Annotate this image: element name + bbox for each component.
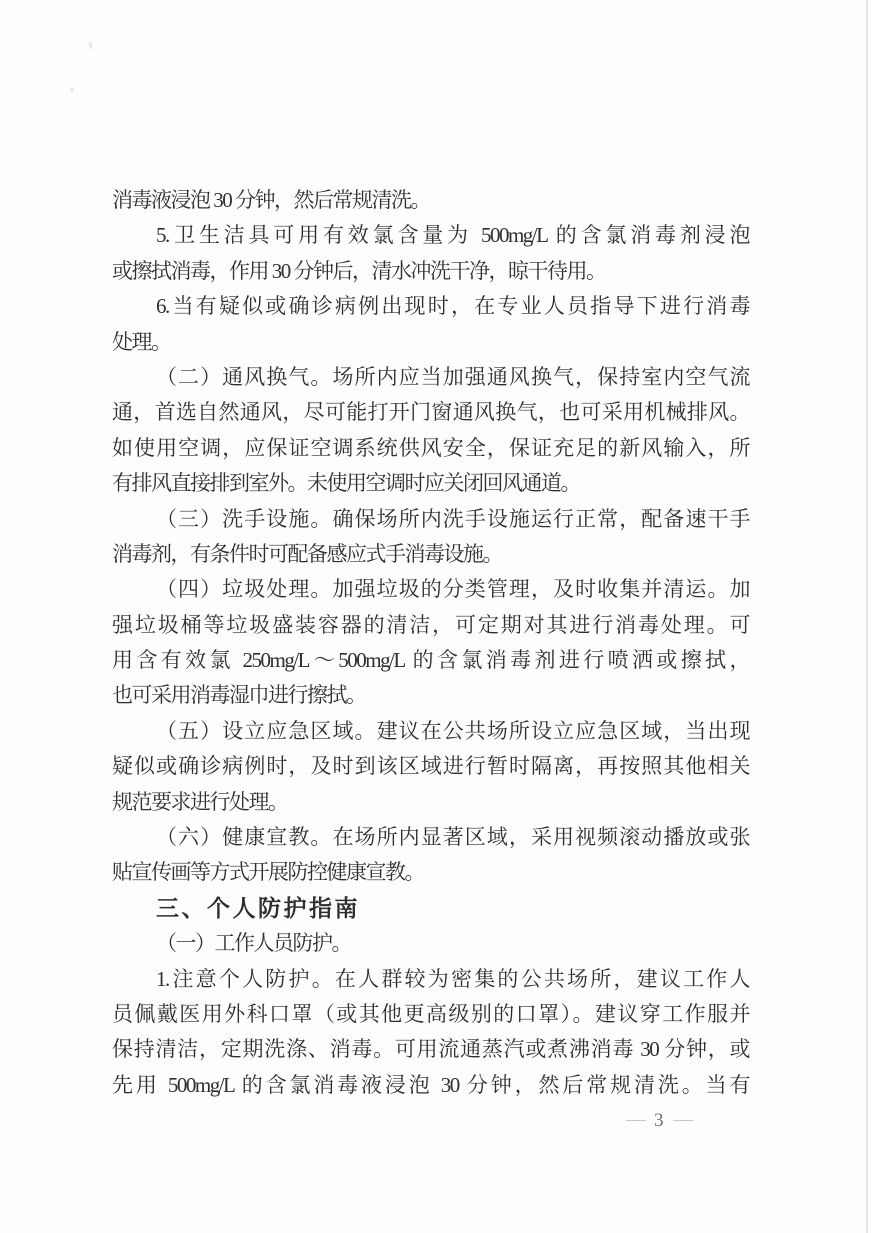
text-line: 1.注意个人防护。在人群较为密集的公共场所，建议工作人 [112, 962, 749, 997]
text-line: 贴宣传画等方式开展防控健康宣教。 [112, 855, 749, 890]
text-line: （六）健康宣教。在场所内显著区域，采用视频滚动播放或张 [112, 820, 749, 855]
text-line: 员佩戴医用外科口罩（或其他更高级别的口罩）。建议穿工作服并 [112, 997, 749, 1032]
text-line: 用含有效氯 250mg/L～500mg/L 的含氯消毒剂进行喷洒或擦拭， [112, 643, 749, 678]
section-heading: 三、个人防护指南 [112, 891, 749, 926]
text-line: （三）洗手设施。确保场所内洗手设施运行正常，配备速干手 [112, 502, 749, 537]
scan-artifact [70, 87, 74, 92]
page-number: —— 3 —— [626, 1110, 692, 1132]
text-line: 或擦拭消毒，作用 30 分钟后，清水冲洗干净，晾干待用。 [112, 254, 749, 289]
text-line: （五）设立应急区域。建议在公共场所设立应急区域，当出现 [112, 714, 749, 749]
text-line: 通，首选自然通风，尽可能打开门窗通风换气，也可采用机械排风。 [112, 395, 749, 430]
text-line: 先用 500mg/L 的含氯消毒液浸泡 30 分钟，然后常规清洗。当有 [112, 1068, 749, 1103]
text-line: 有排风直接排到室外。未使用空调时应关闭回风通道。 [112, 466, 749, 501]
text-block: 消毒液浸泡 30 分钟，然后常规清洗。5.卫生洁具可用有效氯含量为 500mg/… [112, 183, 749, 1103]
scanner-edge-line [866, 0, 868, 1233]
scan-artifact [89, 42, 92, 49]
text-line: （四）垃圾处理。加强垃圾的分类管理，及时收集并清运。加 [112, 572, 749, 607]
text-line: 疑似或确诊病例时，及时到该区域进行暂时隔离，再按照其他相关 [112, 749, 749, 784]
text-line: 消毒液浸泡 30 分钟，然后常规清洗。 [112, 183, 749, 218]
text-line: 5.卫生洁具可用有效氯含量为 500mg/L 的含氯消毒剂浸泡 [112, 218, 749, 253]
text-line: 处理。 [112, 325, 749, 360]
text-line: 6.当有疑似或确诊病例出现时，在专业人员指导下进行消毒 [112, 289, 749, 324]
text-line: （二）通风换气。场所内应当加强通风换气，保持室内空气流 [112, 360, 749, 395]
text-line: 如使用空调，应保证空调系统供风安全，保证充足的新风输入，所 [112, 431, 749, 466]
text-line: 规范要求进行处理。 [112, 785, 749, 820]
text-line: 强垃圾桶等垃圾盛装容器的清洁，可定期对其进行消毒处理。可 [112, 608, 749, 643]
text-line: 消毒剂，有条件时可配备感应式手消毒设施。 [112, 537, 749, 572]
text-line: 保持清洁，定期洗涤、消毒。可用流通蒸汽或煮沸消毒 30 分钟，或 [112, 1032, 749, 1067]
page-number-value: 3 [654, 1110, 664, 1132]
scanned-document-page: 消毒液浸泡 30 分钟，然后常规清洗。5.卫生洁具可用有效氯含量为 500mg/… [0, 0, 872, 1233]
text-line: 也可采用消毒湿巾进行擦拭。 [112, 678, 749, 713]
page-number-dash-right: —— [674, 1114, 692, 1126]
text-line: （一）工作人员防护。 [112, 926, 749, 961]
page-number-dash-left: —— [626, 1114, 644, 1126]
